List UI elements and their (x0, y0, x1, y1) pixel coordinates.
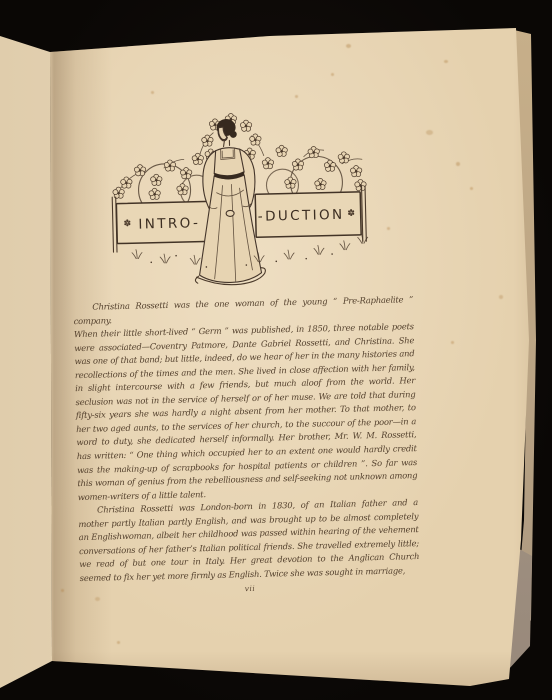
paragraph: Christina Rossetti was London-born in 18… (78, 496, 420, 585)
header-illustration: INTRO- -DUCTION (103, 107, 377, 298)
text-block: Christina Rossetti was the one woman of … (73, 293, 420, 600)
page-content: INTRO- -DUCTION (0, 0, 552, 700)
intro-banner-right: -DUCTION (255, 186, 366, 244)
intro-banner-left: INTRO- (112, 195, 211, 252)
paragraph: Christina Rossetti was the one woman of … (73, 293, 418, 504)
banner-left-label: INTRO- (138, 215, 200, 232)
banner-right-label: -DUCTION (258, 207, 345, 225)
book-photo: INTRO- -DUCTION (0, 0, 552, 700)
book-page: INTRO- -DUCTION (0, 0, 552, 700)
